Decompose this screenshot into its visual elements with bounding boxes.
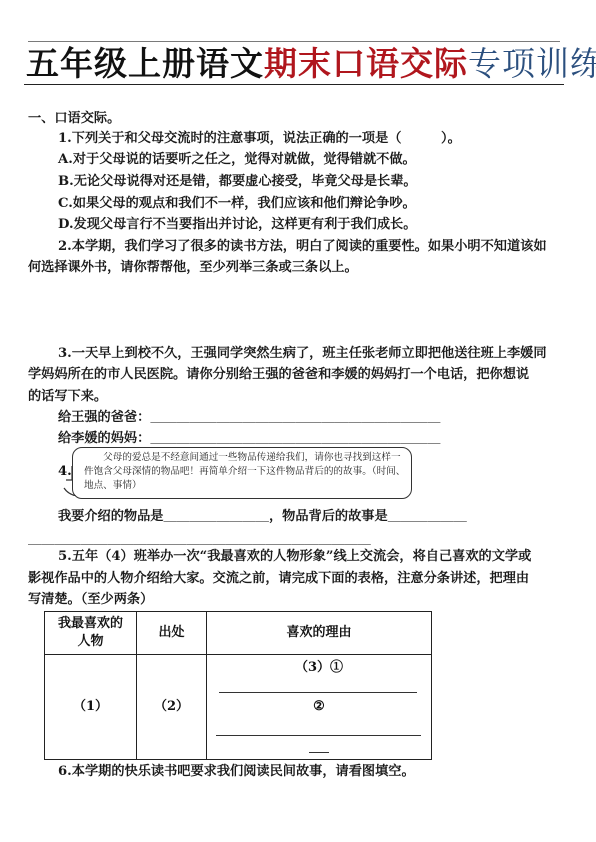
q5-line-2: 影视作品中的人物介绍给大家。交流之前，请完成下面的表格，注意分条讲述，把理由 — [28, 570, 529, 588]
q3-father-row: 给王强的爸爸：＿＿＿＿＿＿＿＿＿＿＿＿＿＿＿＿＿＿＿＿＿＿ — [58, 409, 440, 427]
q3-mother-label: 给李媛的妈妈： — [58, 431, 150, 446]
cell-source[interactable]: （2） — [137, 655, 207, 760]
reason-item-1-label: （3）① — [207, 659, 431, 677]
q3-mother-row: 给李媛的妈妈：＿＿＿＿＿＿＿＿＿＿＿＿＿＿＿＿＿＿＿＿＿＿ — [58, 430, 440, 448]
table-row: （1） （2） （3）① ② — [45, 655, 432, 760]
reason-item-2-blank-tail[interactable] — [309, 752, 329, 753]
q1-stem: 1.下列关于和父母交流时的注意事项，说法正确的一项是（ ）。 — [58, 130, 461, 148]
q4-item-blank[interactable]: ＿＿＿＿＿＿＿＿ — [164, 508, 270, 526]
reason-item-2-label: ② — [207, 698, 431, 716]
title-part-training: 专项训练 — [468, 44, 596, 83]
header-character-line-1: 我最喜欢的 — [45, 615, 136, 633]
q2-line-2: 何选择课外书，请你帮帮他，至少列举三条或三条以上。 — [28, 259, 358, 277]
q4-answer-row: 我要介绍的物品是＿＿＿＿＿＿＿＿，物品背后的故事是＿＿＿＿＿＿ — [58, 508, 467, 526]
q4-prompt-text: 父母的爱总是不经意间通过一些物品传递给我们，请你也寻找到这样一件饱含父母深情的物… — [84, 451, 406, 493]
q1-option-d: D.发现父母言行不当要指出并讨论，这样更有利于我们成长。 — [58, 216, 416, 234]
cell-character[interactable]: （1） — [45, 655, 137, 760]
table-header-row: 我最喜欢的 人物 出处 喜欢的理由 — [45, 612, 432, 655]
page-title: 五年级上册语文期末口语交际专项训练 — [26, 44, 576, 84]
q3-line-1: 3.一天早上到校不久，王强同学突然生病了，班主任张老师立即把他送往班上李媛同 — [58, 345, 547, 363]
header-source: 出处 — [137, 612, 207, 655]
q4-story-label: ，物品背后的故事是 — [269, 509, 388, 524]
header-rule-top — [28, 41, 560, 42]
section-heading: 一、口语交际。 — [28, 110, 120, 128]
q1-option-c: C.如果父母的观点和我们不一样，我们应该和他们辩论争吵。 — [58, 195, 416, 213]
title-part-grade: 五年级上册语文 — [26, 44, 264, 83]
q6-text: 6.本学期的快乐读书吧要求我们阅读民间故事，请看图填空。 — [58, 763, 415, 781]
favorite-character-table: 我最喜欢的 人物 出处 喜欢的理由 （1） （2） （3）① ② — [44, 611, 431, 759]
q4-item-label: 我要介绍的物品是 — [58, 509, 164, 524]
header-character: 我最喜欢的 人物 — [45, 612, 137, 655]
q3-mother-answer-blank[interactable]: ＿＿＿＿＿＿＿＿＿＿＿＿＿＿＿＿＿＿＿＿＿＿ — [150, 430, 440, 448]
q4-story-continuation-blank[interactable]: ＿＿＿＿＿＿＿＿＿＿＿＿＿＿＿＿＿＿＿＿＿＿＿＿＿＿ — [28, 531, 371, 549]
q3-father-answer-blank[interactable]: ＿＿＿＿＿＿＿＿＿＿＿＿＿＿＿＿＿＿＿＿＿＿ — [150, 409, 440, 427]
q3-father-label: 给王强的爸爸： — [58, 410, 150, 425]
cell-reason[interactable]: （3）① ② — [207, 655, 432, 760]
reason-item-1-blank[interactable] — [219, 692, 417, 693]
reason-item-2-blank[interactable] — [216, 735, 421, 736]
header-character-line-2: 人物 — [45, 633, 136, 651]
q3-line-2: 学妈妈所在的市人民医院。请你分别给王强的爸爸和李媛的妈妈打一个电话，把你想说 — [28, 366, 529, 384]
q5-line-3: 写清楚。（至少两条） — [28, 591, 153, 609]
header-reason: 喜欢的理由 — [207, 612, 432, 655]
q1-option-b: B.无论父母说得对还是错，都要虚心接受，毕竟父母是长辈。 — [58, 173, 417, 191]
q5-line-1: 5.五年（4）班举办一次“我最喜欢的人物形象”线上交流会，将自己喜欢的文学或 — [58, 548, 531, 566]
q4-story-blank[interactable]: ＿＿＿＿＿＿ — [388, 508, 467, 526]
title-part-topic: 期末口语交际 — [264, 44, 468, 83]
q2-line-1: 2.本学期，我们学习了很多的读书方法，明白了阅读的重要性。如果小明不知道该如 — [58, 238, 547, 256]
q1-option-a: A.对于父母说的话要听之任之，觉得对就做，觉得错就不做。 — [58, 151, 416, 169]
header-rule-bottom — [24, 84, 564, 85]
q3-line-3: 的话写下来。 — [28, 388, 107, 406]
